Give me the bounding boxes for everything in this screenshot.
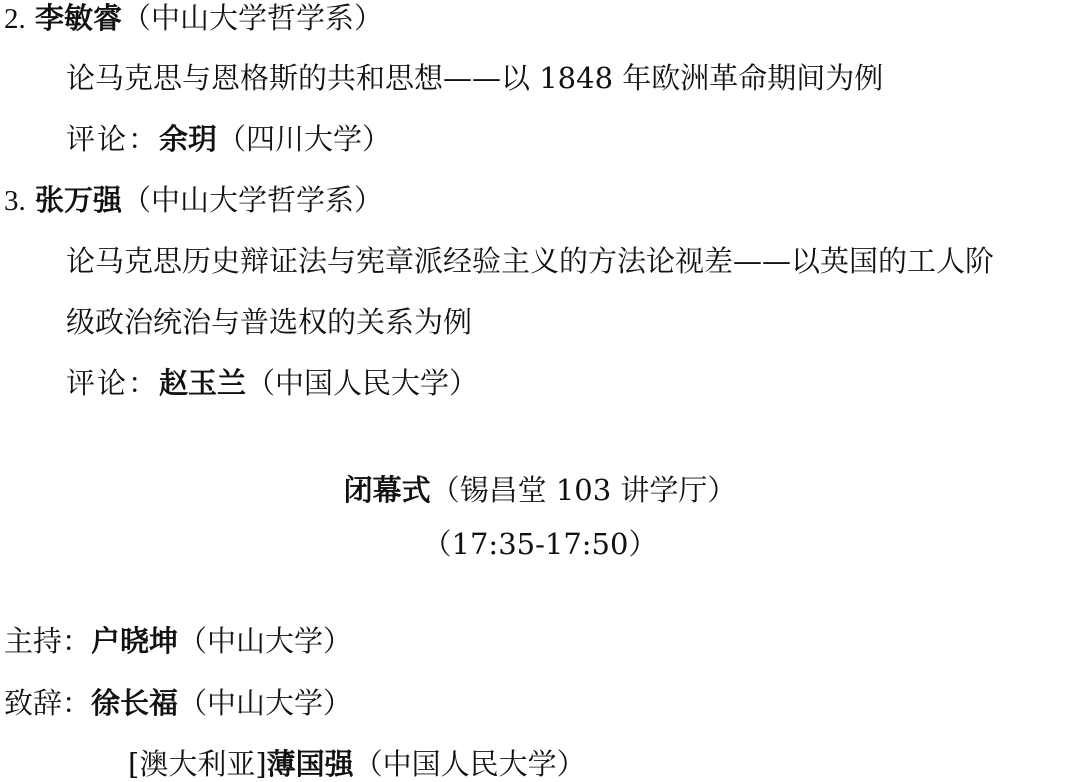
role-affiliation: （中山大学） <box>178 686 352 720</box>
role-speech: 致辞：徐长福（中山大学） <box>4 685 352 721</box>
talk-2-header: 2. 李敏睿（中山大学哲学系） <box>4 0 383 36</box>
closing-heading: 闭幕式（锡昌堂 103 讲学厅） <box>0 472 1080 508</box>
closing-time: （17:35-17:50） <box>0 526 1080 562</box>
role-affiliation: （中国人民大学） <box>354 747 586 781</box>
speaker-affiliation: （中山大学哲学系） <box>122 1 383 35</box>
comment-label: 评论： <box>66 366 159 400</box>
role-name: 薄国强 <box>267 747 354 781</box>
talk-3-title-line-1: 论马克思历史辩证法与宪章派经验主义的方法论视差——以英国的工人阶 <box>66 243 994 279</box>
talk-2-title: 论马克思与恩格斯的共和思想——以 1848 年欧洲革命期间为例 <box>66 60 883 96</box>
role-name: 徐长福 <box>91 686 178 720</box>
talk-2-comment: 评论：余玥（四川大学） <box>66 121 391 157</box>
talk-3-header: 3. 张万强（中山大学哲学系） <box>4 182 383 218</box>
role-label: 致辞： <box>4 686 91 720</box>
role-label: 主持： <box>4 624 91 658</box>
comment-label: 评论： <box>66 122 159 156</box>
role-host: 主持：户晓坤（中山大学） <box>4 623 352 659</box>
role-prefix: [澳大利亚] <box>128 747 267 781</box>
commentator-name: 余玥 <box>159 122 217 156</box>
commentator-affiliation: （中国人民大学） <box>246 366 478 400</box>
closing-title: 闭幕式 <box>344 473 431 507</box>
commentator-affiliation: （四川大学） <box>217 122 391 156</box>
role-speech-2: [澳大利亚]薄国强（中国人民大学） <box>128 746 586 782</box>
role-affiliation: （中山大学） <box>178 624 352 658</box>
closing-venue: （锡昌堂 103 讲学厅） <box>431 473 737 507</box>
speaker-name: 李敏睿 <box>35 1 122 35</box>
talk-number: 3. <box>4 185 26 217</box>
talk-3-title-line-2: 级政治统治与普选权的关系为例 <box>66 304 472 340</box>
speaker-name: 张万强 <box>35 183 122 217</box>
role-name: 户晓坤 <box>91 624 178 658</box>
speaker-affiliation: （中山大学哲学系） <box>122 183 383 217</box>
talk-3-comment: 评论：赵玉兰（中国人民大学） <box>66 365 478 401</box>
talk-number: 2. <box>4 3 26 35</box>
commentator-name: 赵玉兰 <box>159 366 246 400</box>
